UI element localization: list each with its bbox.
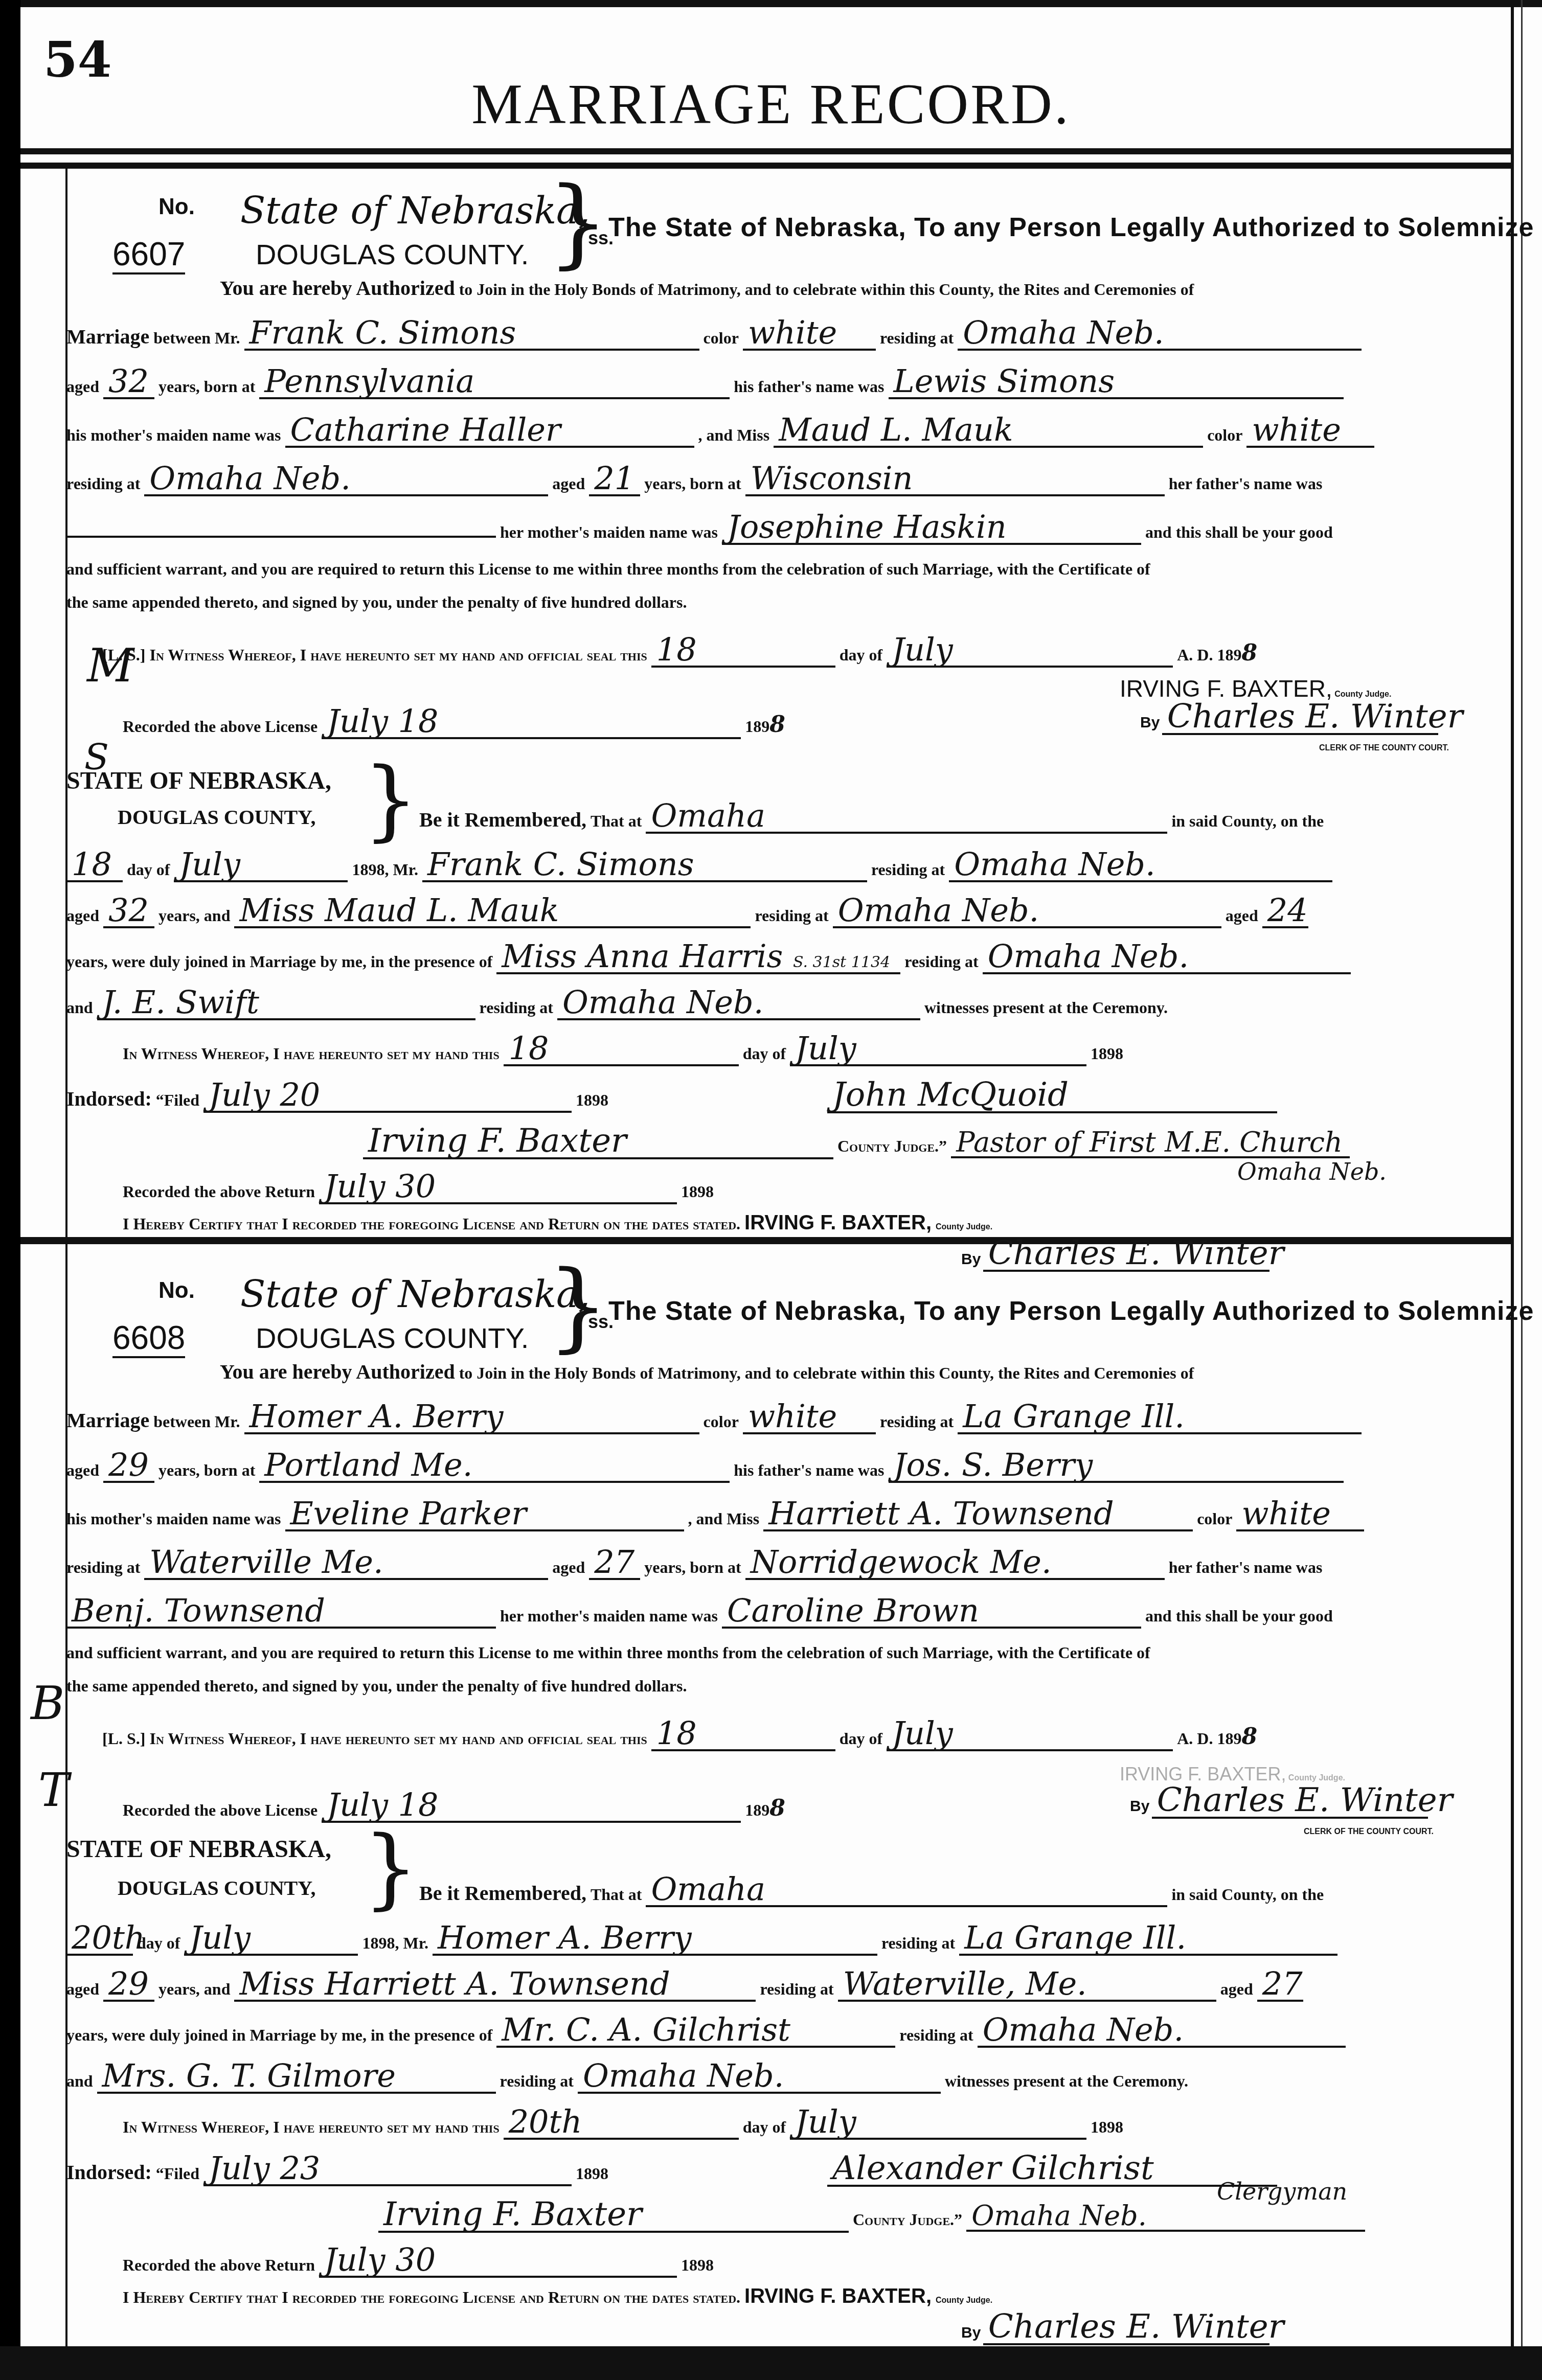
state-of-nebraska-heading: State of Nebraska, bbox=[240, 189, 590, 232]
bride-name: Maud L. Mauk bbox=[774, 414, 1203, 448]
page-title: MARRIAGE RECORD. bbox=[0, 72, 1542, 138]
remembered-line: Be it Remembered, That at Omaha in said … bbox=[66, 1873, 1478, 1907]
return-groom: Frank C. Simons bbox=[422, 849, 867, 882]
clerk-signature: Charles E. Winter bbox=[1162, 700, 1438, 735]
witness2-name: Mrs. G. T. Gilmore bbox=[97, 2060, 496, 2094]
witness1-note: S. 31st 1134 bbox=[793, 955, 890, 970]
filed-date: July 23 bbox=[203, 2153, 572, 2186]
authorized-line: You are hereby Authorized to Join in the… bbox=[66, 276, 1542, 300]
witness-day: 20th bbox=[504, 2106, 739, 2140]
license-number: 6608 bbox=[112, 1319, 185, 1358]
scan-border-left bbox=[0, 0, 20, 2380]
groom-father: Jos. S. Berry bbox=[889, 1449, 1344, 1483]
return-groom-residence: La Grange Ill. bbox=[959, 1922, 1337, 1956]
return-bride-residence: Waterville, Me. bbox=[838, 1968, 1216, 2002]
judge-line: Irving F. Baxter County Judge.” Omaha Ne… bbox=[66, 2198, 1542, 2233]
brace: } bbox=[547, 1249, 609, 1362]
ceremony-place: Omaha bbox=[646, 1873, 1167, 1907]
record-divider bbox=[20, 1237, 1513, 1244]
brace: } bbox=[547, 166, 609, 279]
certify-line: I Hereby Certify that I recorded the for… bbox=[66, 1211, 1534, 1234]
bride-residence-line: residing at Waterville Me. aged 27 years… bbox=[66, 1546, 1478, 1580]
county-heading: DOUGLAS COUNTY. bbox=[256, 238, 529, 270]
groom-mother: Eveline Parker bbox=[285, 1498, 684, 1531]
witness1-residence: Omaha Neb. bbox=[983, 941, 1351, 974]
judge-signature: Irving F. Baxter bbox=[363, 1125, 833, 1159]
bride-mother-line: her mother's maiden name was Josephine H… bbox=[66, 511, 1478, 545]
no-label: No. bbox=[158, 194, 195, 219]
witness2-line: and Mrs. G. T. Gilmore residing at Omaha… bbox=[66, 2060, 1478, 2094]
witness2-name: J. E. Swift bbox=[97, 987, 475, 1020]
witness2-residence: Omaha Neb. bbox=[578, 2060, 941, 2094]
groom-mother-line: his mother's maiden name was Catharine H… bbox=[66, 414, 1478, 448]
bride-age: 27 bbox=[589, 1546, 640, 1580]
officiant-location: Omaha Neb. bbox=[966, 2202, 1365, 2232]
bride-residence: Omaha Neb. bbox=[144, 463, 548, 496]
bride-name: Harriett A. Townsend bbox=[763, 1498, 1193, 1531]
return-bride: Miss Harriett A. Townsend bbox=[234, 1968, 756, 2002]
ceremony-day: 20th bbox=[66, 1922, 133, 1956]
recorded-return-line: Recorded the above Return July 30 1898 bbox=[66, 2244, 1534, 2278]
record-6608: No. 6608 State of Nebraska, DOUGLAS COUN… bbox=[66, 1263, 1478, 2336]
groom-age: 32 bbox=[103, 365, 154, 399]
state-of-nebraska-heading: State of Nebraska, bbox=[240, 1273, 590, 1316]
authorized-line: You are hereby Authorized to Join in the… bbox=[66, 1360, 1542, 1384]
warrant-line: and sufficient warrant, and you are requ… bbox=[66, 560, 1478, 579]
title-divider-upper bbox=[20, 148, 1513, 154]
officiant-title: Pastor of First M.E. Church bbox=[951, 1129, 1350, 1158]
groom-color: white bbox=[743, 317, 876, 351]
bride-color: white bbox=[1246, 414, 1374, 448]
seal-line: [L. S.] In Witness Whereof, I have hereu… bbox=[66, 634, 1513, 668]
bride-residence: Waterville Me. bbox=[144, 1546, 548, 1580]
officiant-signature: John McQuoid bbox=[827, 1079, 1277, 1113]
witness-hand-line: In Witness Whereof, I have hereunto set … bbox=[66, 1033, 1534, 1066]
groom-mother-line: his mother's maiden name was Eveline Par… bbox=[66, 1498, 1478, 1531]
bride-mother-line: Benj. Townsend her mother's maiden name … bbox=[66, 1595, 1478, 1629]
groom-name: Homer A. Berry bbox=[244, 1401, 699, 1434]
return-groom-age: 32 bbox=[103, 895, 154, 928]
witness-day: 18 bbox=[504, 1033, 739, 1066]
certify-signature-block-2: By Charles E. Winter bbox=[961, 2310, 1269, 2345]
judge-signature: Irving F. Baxter bbox=[378, 2198, 849, 2233]
groom-line: Marriage between Mr. Frank C. Simons col… bbox=[66, 317, 1478, 351]
filed-date: July 20 bbox=[203, 1079, 572, 1113]
license-day: 18 bbox=[651, 1718, 835, 1751]
return-groom-residence: Omaha Neb. bbox=[949, 849, 1332, 882]
indorsed-line: Indorsed: “Filed July 20 1898 John McQuo… bbox=[66, 1079, 1478, 1113]
witness-month: July bbox=[790, 2106, 1086, 2140]
document-page: 54 MARRIAGE RECORD. M S B T No. 6607 Sta… bbox=[0, 0, 1542, 2380]
margin-mark-b: B bbox=[31, 1677, 64, 1730]
bride-mother: Caroline Brown bbox=[722, 1595, 1141, 1629]
margin-mark-t: T bbox=[38, 1764, 69, 1817]
return-bride-residence: Omaha Neb. bbox=[833, 895, 1221, 928]
officiant-signature: Alexander Gilchrist bbox=[827, 2152, 1277, 2187]
groom-birthplace: Pennsylvania bbox=[259, 365, 730, 399]
ceremony-place: Omaha bbox=[646, 800, 1167, 834]
return-state: STATE OF NEBRASKA, bbox=[66, 1836, 331, 1863]
bride-mother: Josephine Haskin bbox=[722, 511, 1141, 545]
groom-age: 29 bbox=[103, 1449, 154, 1483]
county-heading: DOUGLAS COUNTY. bbox=[256, 1322, 529, 1354]
groom-line: Marriage between Mr. Homer A. Berry colo… bbox=[66, 1401, 1478, 1434]
license-month: July bbox=[887, 634, 1173, 668]
warrant-line: and sufficient warrant, and you are requ… bbox=[66, 1643, 1478, 1662]
witness2-line: and J. E. Swift residing at Omaha Neb. w… bbox=[66, 987, 1478, 1020]
witness-hand-line: In Witness Whereof, I have hereunto set … bbox=[66, 2106, 1534, 2140]
return-bride: Miss Maud L. Mauk bbox=[234, 895, 751, 928]
groom-residence: La Grange Ill. bbox=[958, 1401, 1362, 1434]
return-bride-line: aged 29 years, and Miss Harriett A. Town… bbox=[66, 1968, 1478, 2002]
ceremony-day: 18 bbox=[66, 849, 123, 882]
record-6607: No. 6607 State of Nebraska, DOUGLAS COUN… bbox=[66, 184, 1478, 1232]
return-state: STATE OF NEBRASKA, bbox=[66, 767, 331, 794]
bride-color: white bbox=[1236, 1498, 1364, 1531]
certify-line: I Hereby Certify that I recorded the for… bbox=[66, 2285, 1534, 2308]
recorded-return-date: July 30 bbox=[319, 1171, 677, 1204]
seal-line: [L. S.] In Witness Whereof, I have hereu… bbox=[66, 1718, 1513, 1751]
scan-border-top bbox=[0, 0, 1542, 7]
greeting: The State of Nebraska, To any Person Leg… bbox=[608, 213, 1542, 242]
license-month: July bbox=[887, 1718, 1173, 1751]
groom-birthplace: Portland Me. bbox=[259, 1449, 730, 1483]
groom-age-line: aged 32 years, born at Pennsylvania his … bbox=[66, 365, 1478, 399]
groom-name: Frank C. Simons bbox=[244, 317, 699, 351]
return-groom: Homer A. Berry bbox=[433, 1922, 877, 1956]
ceremony-date-line: 18 day of July 1898, Mr. Frank C. Simons… bbox=[66, 849, 1478, 882]
greeting: The State of Nebraska, To any Person Leg… bbox=[608, 1296, 1542, 1326]
scan-border-bottom bbox=[0, 2346, 1542, 2380]
license-day: 18 bbox=[651, 634, 835, 668]
recorded-license-date: July 18 bbox=[322, 705, 741, 739]
return-bride-age: 27 bbox=[1257, 1968, 1303, 2002]
bride-birthplace: Wisconsin bbox=[745, 463, 1165, 496]
witness1-line: years, were duly joined in Marriage by m… bbox=[66, 2014, 1478, 2048]
ceremony-month: July bbox=[174, 849, 348, 882]
groom-father: Lewis Simons bbox=[889, 365, 1344, 399]
clerk-signature: Charles E. Winter bbox=[1152, 1784, 1428, 1819]
return-bride-line: aged 32 years, and Miss Maud L. Mauk res… bbox=[66, 895, 1478, 928]
witness1-name: Miss Anna Harris S. 31st 1134 bbox=[496, 941, 900, 974]
witness-month: July bbox=[790, 1033, 1086, 1066]
title-divider-lower bbox=[20, 163, 1513, 169]
recorded-return-date: July 30 bbox=[319, 2244, 677, 2278]
no-label: No. bbox=[158, 1278, 195, 1303]
return-groom-age: 29 bbox=[103, 1968, 154, 2002]
remembered-line: Be it Remembered, That at Omaha in said … bbox=[66, 800, 1478, 834]
bride-residence-line: residing at Omaha Neb. aged 21 years, bo… bbox=[66, 463, 1478, 496]
penalty-line: the same appended thereto, and signed by… bbox=[66, 593, 1478, 612]
witness2-residence: Omaha Neb. bbox=[557, 987, 920, 1020]
bride-father: Benj. Townsend bbox=[66, 1595, 496, 1629]
license-number: 6607 bbox=[112, 236, 185, 274]
bride-age: 21 bbox=[589, 463, 640, 496]
recorded-return-line: Recorded the above Return July 30 1898 bbox=[66, 1171, 1534, 1204]
witness1-line: years, were duly joined in Marriage by m… bbox=[66, 941, 1478, 974]
witness1-residence: Omaha Neb. bbox=[978, 2014, 1346, 2048]
groom-age-line: aged 29 years, born at Portland Me. his … bbox=[66, 1449, 1478, 1483]
bride-father bbox=[66, 536, 496, 538]
groom-residence: Omaha Neb. bbox=[958, 317, 1362, 351]
witness1-name: Mr. C. A. Gilchrist bbox=[496, 2014, 895, 2048]
ceremony-month: July bbox=[184, 1922, 358, 1956]
groom-color: white bbox=[743, 1401, 876, 1434]
groom-mother: Catharine Haller bbox=[285, 414, 694, 448]
judge-line: Irving F. Baxter County Judge.” Pastor o… bbox=[66, 1125, 1542, 1159]
penalty-line: the same appended thereto, and signed by… bbox=[66, 1677, 1478, 1696]
certify-signature: Charles E. Winter bbox=[983, 2310, 1269, 2345]
return-bride-age: 24 bbox=[1262, 895, 1308, 928]
ceremony-date-line: 20th day of July 1898, Mr. Homer A. Berr… bbox=[66, 1922, 1478, 1956]
bride-birthplace: Norridgewock Me. bbox=[745, 1546, 1165, 1580]
